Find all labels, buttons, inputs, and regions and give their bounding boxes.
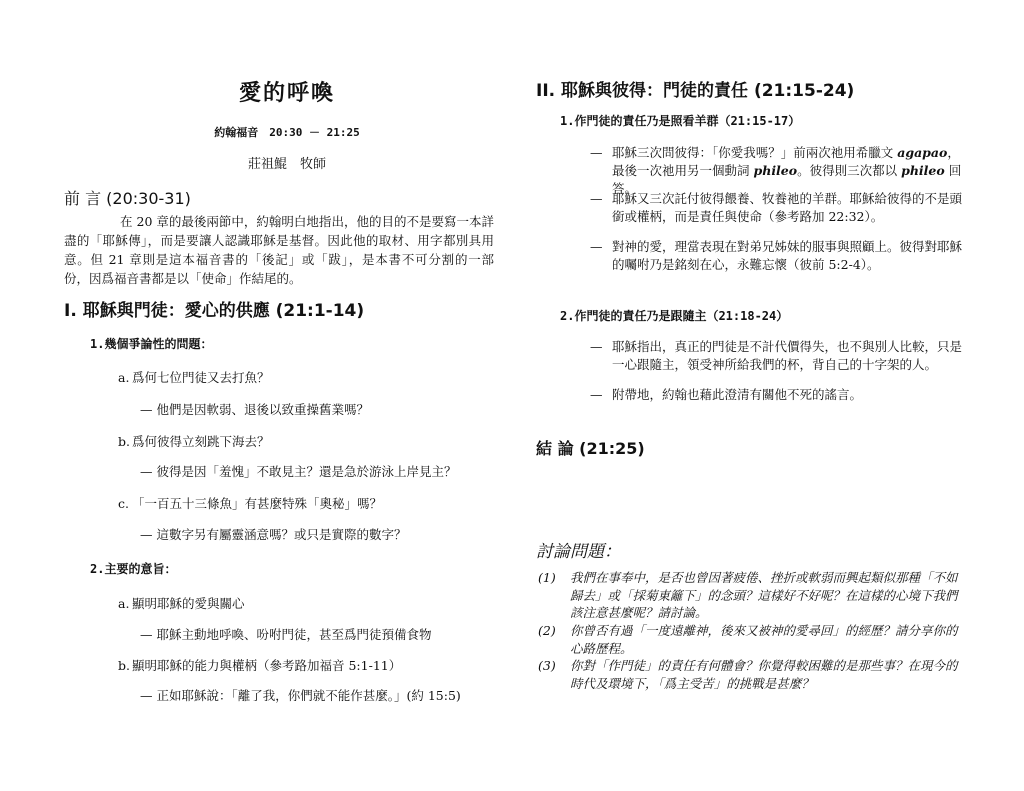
question-item-a: a.爲何七位門徒又去打魚？ — [118, 368, 270, 386]
note-text: 對神的愛，理當表現在對弟兄姊妹的服事與照顧上。彼得對耶穌的囑咐乃是銘刻在心，永難… — [612, 238, 970, 274]
question-text: 你曾否有過「一度遠離神，後來又被神的愛尋回」的經歷？請分享你的心路歷程。 — [570, 622, 962, 657]
item-text: 爲何彼得立刻跳下海去？ — [132, 434, 270, 449]
theme-item-b: b.顯明耶穌的能力與權柄（參考路加福音 5:1-11） — [118, 656, 401, 674]
greek-term-agapao: agapao — [897, 145, 947, 160]
discussion-question-1: (1) 我們在事奉中，是否也曾因著疲倦、挫折或軟弱而興起類似那種「不如歸去」或「… — [538, 569, 962, 622]
note-text-part: 耶穌三次問彼得：「你愛我嗎？」前兩次祂用希臘文 — [612, 145, 897, 160]
section2-heading: II. 耶穌與彼得：門徒的責任 (21:15-24) — [536, 76, 854, 101]
dash-marker: — — [590, 238, 603, 256]
question-text: 我們在事奉中，是否也曾因著疲倦、挫折或軟弱而興起類似那種「不如歸去」或「採菊東籬… — [570, 569, 962, 622]
question-text: 你對「作門徒」的責任有何體會？你覺得較困難的是那些事？在現今的時代及環境下，「爲… — [570, 657, 962, 692]
question-item-b: b.爲何彼得立刻跳下海去？ — [118, 432, 270, 450]
question-note-c: — 這數字另有屬靈涵意嗎？或只是實際的數字？ — [140, 525, 406, 543]
section1-sub2-heading: 2.主要的意旨： — [90, 560, 176, 577]
note-text: 耶穌又三次託付彼得餵養、牧養祂的羊群。耶穌給彼得的不是頭銜或權柄，而是責任與使命… — [612, 190, 970, 226]
note-text-part: 。彼得則三次都以 — [797, 163, 901, 178]
scripture-reference: 約翰福音 20:30 － 21:25 — [64, 124, 510, 140]
note-text: 附帶地，約翰也藉此澄清有關他不死的謠言。 — [612, 386, 970, 404]
question-number: (1) — [538, 569, 556, 587]
item-label: a. — [118, 370, 132, 385]
theme-item-a: a.顯明耶穌的愛與關心 — [118, 594, 245, 612]
theme-note-a: — 耶穌主動地呼喚、吩咐門徒，甚至爲門徒預備食物 — [140, 625, 431, 643]
greek-term-phileo: phileo — [753, 163, 797, 178]
note-rumor: — 附帶地，約翰也藉此澄清有關他不死的謠言。 — [590, 386, 970, 404]
preface-text: 在 20 章的最後兩節中，約翰明白地指出，他的目的不是要寫一本詳盡的「耶穌傳」，… — [64, 214, 494, 286]
item-label: a. — [118, 596, 132, 611]
item-text: 爲何七位門徒又去打魚？ — [132, 370, 270, 385]
item-text: 顯明耶穌的愛與關心 — [132, 596, 245, 611]
item-text: 顯明耶穌的能力與權柄（參考路加福音 5:1-11） — [132, 658, 401, 673]
note-love-service: — 對神的愛，理當表現在對弟兄姊妹的服事與照顧上。彼得對耶穌的囑咐乃是銘刻在心，… — [590, 238, 970, 274]
item-text: 「一百五十三條魚」有甚麼特殊「奧秘」嗎？ — [132, 496, 382, 511]
greek-term-phileo: phileo — [901, 163, 945, 178]
question-number: (2) — [538, 622, 556, 640]
section2-sub2-heading: 2.作門徒的責任乃是跟隨主（21:18-24） — [560, 307, 788, 324]
section1-sub1-heading: 1.幾個爭論性的問題： — [90, 335, 212, 352]
question-item-c: c.「一百五十三條魚」有甚麼特殊「奧秘」嗎？ — [118, 494, 382, 512]
preface-paragraph: 在 20 章的最後兩節中，約翰明白地指出，他的目的不是要寫一本詳盡的「耶穌傳」，… — [64, 212, 494, 288]
question-number: (3) — [538, 657, 556, 675]
question-note-b: — 彼得是因「羞愧」不敢見主？還是急於游泳上岸見主？ — [140, 462, 456, 480]
section2-sub1-heading: 1.作門徒的責任乃是照看羊群（21:15-17） — [560, 112, 800, 129]
theme-note-b: — 正如耶穌說：「離了我，你們就不能作甚麼。」(約 15:5) — [140, 686, 461, 704]
dash-marker: — — [590, 338, 603, 356]
document-title: 愛的呼喚 — [64, 76, 510, 107]
item-label: b. — [118, 658, 132, 673]
note-entrust-sheep: — 耶穌又三次託付彼得餵養、牧養祂的羊群。耶穌給彼得的不是頭銜或權柄，而是責任與… — [590, 190, 970, 226]
discussion-question-2: (2) 你曾否有過「一度遠離神，後來又被神的愛尋回」的經歷？請分享你的心路歷程。 — [538, 622, 962, 657]
dash-marker: — — [590, 190, 603, 208]
discussion-question-3: (3) 你對「作門徒」的責任有何體會？你覺得較困難的是那些事？在現今的時代及環境… — [538, 657, 962, 692]
author-line: 莊祖鯤 牧師 — [64, 153, 510, 172]
question-note-a: — 他們是因軟弱、退後以致重操舊業嗎？ — [140, 400, 369, 418]
note-true-disciple: — 耶穌指出，真正的門徒是不計代價得失，也不與別人比較，只是一心跟隨主，領受神所… — [590, 338, 970, 374]
section1-heading: I. 耶穌與門徒：愛心的供應 (21:1-14) — [64, 296, 364, 321]
preface-heading: 前 言 (20:30-31) — [64, 186, 191, 209]
note-text: 耶穌指出，真正的門徒是不計代價得失，也不與別人比較，只是一心跟隨主，領受神所給我… — [612, 338, 970, 374]
item-label: c. — [118, 496, 132, 511]
dash-marker: — — [590, 386, 603, 404]
discussion-heading: 討論問題： — [536, 537, 621, 562]
conclusion-heading: 結 論 (21:25) — [536, 436, 645, 459]
dash-marker: — — [590, 144, 603, 162]
item-label: b. — [118, 434, 132, 449]
